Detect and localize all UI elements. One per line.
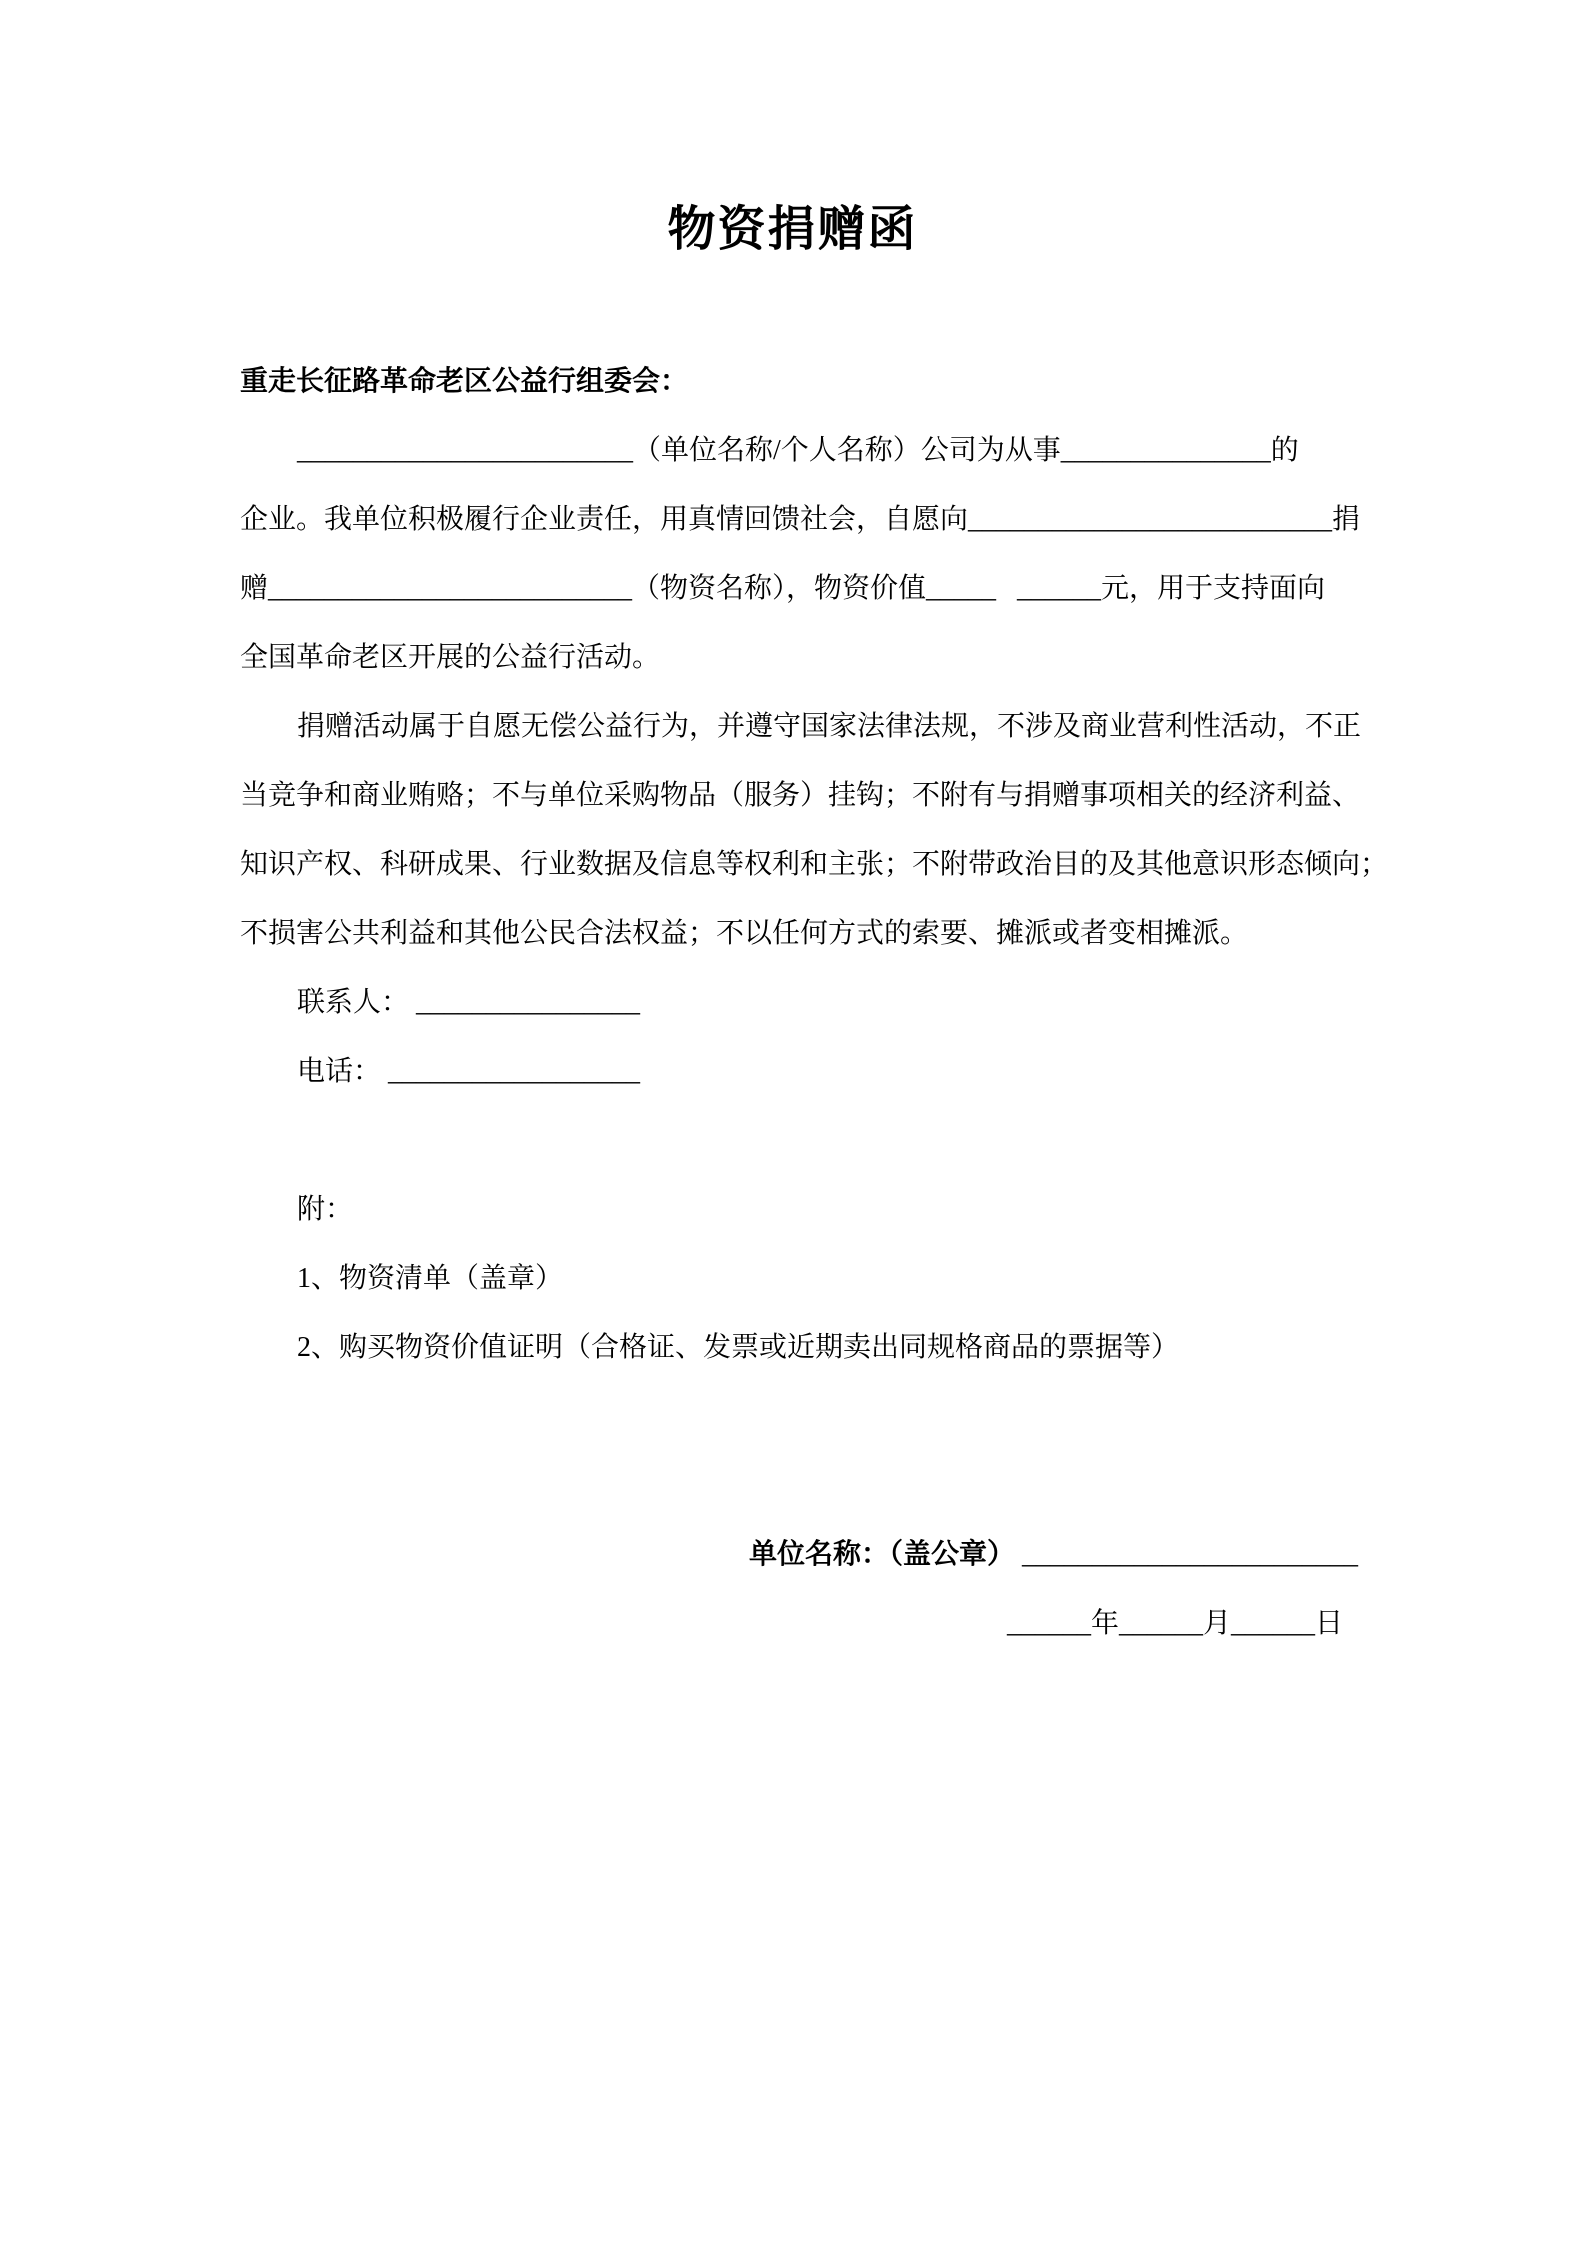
signature-line: 单位名称：（盖公章） ________________________ [240,1520,1345,1589]
blank-line [240,1451,1345,1520]
date-line: ______年______月______日 [240,1589,1345,1658]
document-page: 物资捐赠函 重走长征路革命老区公益行组委会： _________________… [0,0,1587,2245]
signature-blank: ________________________ [1015,1539,1358,1570]
contact-phone-line: 电话： __________________ [240,1037,1345,1106]
para1-line3: 赠__________________________（物资名称），物资价值__… [240,554,1345,623]
para1-line1: ________________________（单位名称/个人名称）公司为从事… [240,416,1345,485]
document-content: 物资捐赠函 重走长征路革命老区公益行组委会： _________________… [0,0,1587,1658]
document-body: 重走长征路革命老区公益行组委会： _______________________… [240,347,1345,1658]
signature-label: 单位名称：（盖公章） [749,1539,1015,1570]
attachment-item-2: 2、购买物资价值证明（合格证、发票或近期卖出同规格商品的票据等） [240,1313,1345,1382]
blank-line [240,1382,1345,1451]
attachments-header: 附： [240,1175,1345,1244]
para2-line3: 知识产权、科研成果、行业数据及信息等权利和主张；不附带政治目的及其他意识形态倾向… [240,830,1345,899]
para2-line1: 捐赠活动属于自愿无偿公益行为，并遵守国家法律法规，不涉及商业营利性活动，不正 [240,692,1345,761]
salutation: 重走长征路革命老区公益行组委会： [240,347,1345,416]
blank-line [240,1106,1345,1175]
contact-person-line: 联系人： ________________ [240,968,1345,1037]
para1-line4: 全国革命老区开展的公益行活动。 [240,623,1345,692]
para2-line2: 当竞争和商业贿赂；不与单位采购物品（服务）挂钩；不附有与捐赠事项相关的经济利益、 [240,761,1345,830]
document-title: 物资捐赠函 [240,203,1345,255]
attachment-item-1: 1、物资清单（盖章） [240,1244,1345,1313]
para2-line4: 不损害公共利益和其他公民合法权益；不以任何方式的索要、摊派或者变相摊派。 [240,899,1345,968]
para1-line2: 企业。我单位积极履行企业责任，用真情回馈社会，自愿向______________… [240,485,1345,554]
